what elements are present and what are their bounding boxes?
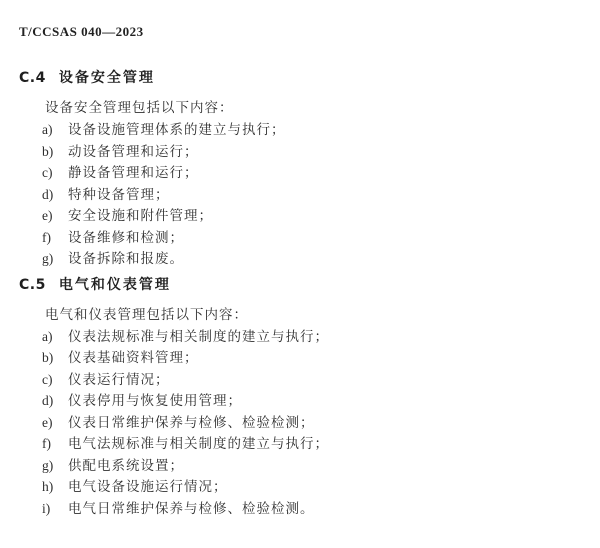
list-item: g)供配电系统设置； [42, 455, 570, 477]
item-text: 安全设施和附件管理； [68, 208, 213, 223]
item-text: 仪表基础资料管理； [68, 350, 199, 365]
document-page: T/CCSAS 040—2023 C.4设备安全管理 设备安全管理包括以下内容：… [0, 0, 600, 548]
section-intro: 电气和仪表管理包括以下内容： [45, 308, 570, 322]
list-item: i)电气日常维护保养与检修、检验检测。 [42, 498, 570, 520]
list-item: b)动设备管理和运行； [42, 141, 570, 163]
item-text: 电气日常维护保养与检修、检验检测。 [68, 501, 315, 516]
list-item: b)仪表基础资料管理； [42, 347, 570, 369]
item-label: d) [42, 390, 68, 412]
item-text: 设备拆除和报废。 [68, 251, 184, 266]
list-item: d)仪表停用与恢复使用管理； [42, 390, 570, 412]
item-text: 仪表停用与恢复使用管理； [68, 393, 242, 408]
list-item: c)静设备管理和运行； [42, 162, 570, 184]
section-c4: C.4设备安全管理 设备安全管理包括以下内容： a)设备设施管理体系的建立与执行… [19, 71, 570, 270]
item-label: f) [42, 227, 68, 249]
item-label: a) [42, 119, 68, 141]
item-label: i) [42, 498, 68, 520]
list-item: f)电气法规标准与相关制度的建立与执行； [42, 433, 570, 455]
item-text: 特种设备管理； [68, 187, 170, 202]
item-label: h) [42, 476, 68, 498]
section-c5: C.5电气和仪表管理 电气和仪表管理包括以下内容： a)仪表法规标准与相关制度的… [19, 278, 570, 520]
section-c5-heading: C.5电气和仪表管理 [19, 278, 570, 293]
list-item: g)设备拆除和报废。 [42, 248, 570, 270]
item-label: f) [42, 433, 68, 455]
section-intro: 设备安全管理包括以下内容： [45, 101, 570, 115]
item-label: e) [42, 205, 68, 227]
item-text: 设备设施管理体系的建立与执行； [68, 122, 286, 137]
list-item: f)设备维修和检测； [42, 227, 570, 249]
item-label: g) [42, 455, 68, 477]
list-item: a)设备设施管理体系的建立与执行； [42, 119, 570, 141]
section-c4-heading: C.4设备安全管理 [19, 71, 570, 86]
item-text: 静设备管理和运行； [68, 165, 199, 180]
section-title: 电气和仪表管理 [59, 277, 171, 293]
section-c4-list: a)设备设施管理体系的建立与执行；b)动设备管理和运行；c)静设备管理和运行；d… [19, 119, 570, 270]
section-number: C.4 [19, 71, 46, 86]
section-number: C.5 [19, 278, 46, 293]
list-item: c)仪表运行情况； [42, 369, 570, 391]
item-label: g) [42, 248, 68, 270]
list-item: d)特种设备管理； [42, 184, 570, 206]
item-label: e) [42, 412, 68, 434]
section-c5-list: a)仪表法规标准与相关制度的建立与执行；b)仪表基础资料管理；c)仪表运行情况；… [19, 326, 570, 520]
item-text: 仪表日常维护保养与检修、检验检测； [68, 415, 315, 430]
item-label: d) [42, 184, 68, 206]
item-text: 供配电系统设置； [68, 458, 184, 473]
standard-number-header: T/CCSAS 040—2023 [19, 25, 570, 38]
list-item: h)电气设备设施运行情况； [42, 476, 570, 498]
item-text: 动设备管理和运行； [68, 144, 199, 159]
item-text: 电气设备设施运行情况； [68, 479, 228, 494]
list-item: e)安全设施和附件管理； [42, 205, 570, 227]
item-text: 电气法规标准与相关制度的建立与执行； [68, 436, 329, 451]
item-label: a) [42, 326, 68, 348]
item-label: c) [42, 369, 68, 391]
list-item: a)仪表法规标准与相关制度的建立与执行； [42, 326, 570, 348]
section-title: 设备安全管理 [59, 70, 155, 86]
list-item: e)仪表日常维护保养与检修、检验检测； [42, 412, 570, 434]
item-label: b) [42, 141, 68, 163]
item-text: 设备维修和检测； [68, 230, 184, 245]
item-label: b) [42, 347, 68, 369]
item-text: 仪表运行情况； [68, 372, 170, 387]
item-text: 仪表法规标准与相关制度的建立与执行； [68, 329, 329, 344]
item-label: c) [42, 162, 68, 184]
